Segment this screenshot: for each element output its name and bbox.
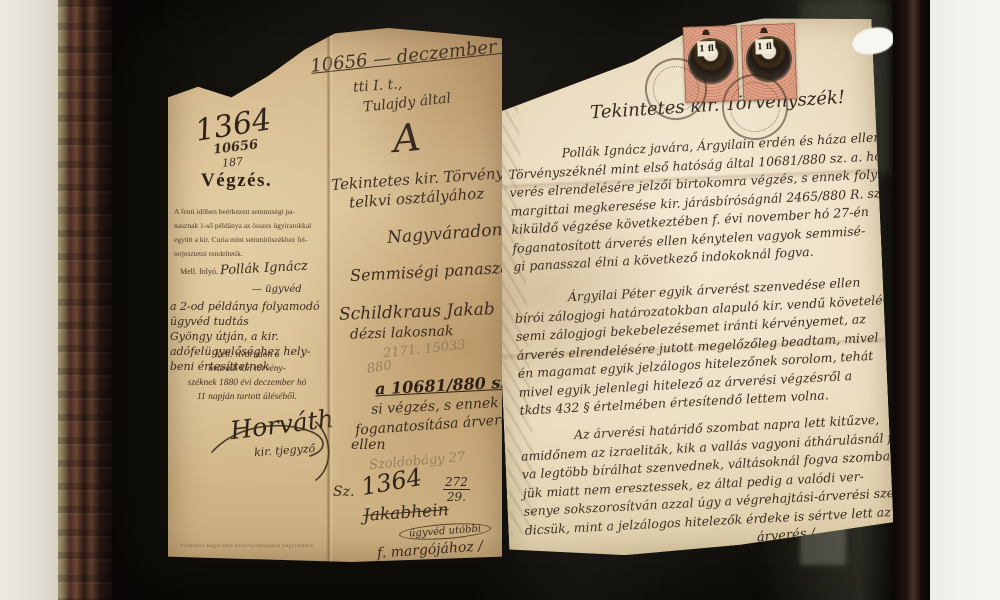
wall-right [930, 0, 1000, 600]
stamp-denomination: 1 fl [697, 41, 716, 57]
petition-paragraph-1: Pollák Ignácz javára, Árgyilain erdén és… [507, 129, 869, 276]
stamp-crest-icon [760, 27, 768, 33]
signature-flourish [208, 406, 348, 486]
stamp-crest-icon [702, 29, 710, 35]
clerk-note-2: Tulajdy által [362, 90, 451, 115]
text-line: A fenti időben beérkezett semmiségi pa- [174, 205, 322, 219]
text-line: Kelt: nváradon a [176, 348, 318, 362]
flourish-initial: A [391, 115, 422, 161]
ruling-heading: Végzés. [201, 170, 272, 192]
party-line-1: Schildkraus Jakab [339, 299, 495, 324]
enclosure-prefix: Mell. folyó. [180, 267, 218, 276]
matter-line-4: ellen [351, 437, 386, 453]
text-line: együtt a kir. Curia mint semmitőszékhez … [174, 233, 322, 247]
dated-at-block: Kelt: nváradon anváradi kir. törvény-szé… [176, 348, 318, 404]
pencil-number-2: 880 [366, 358, 393, 376]
pencil-number-1: 2171. 15033 [382, 338, 466, 362]
registry-fraction: 27229. [443, 476, 470, 503]
attorney-name: Jakabhein [362, 500, 449, 526]
file-year: 187 [221, 155, 243, 170]
party-name-filled: Pollák Ignácz [220, 259, 309, 279]
picture-frame-right-bar [893, 0, 930, 600]
subject-line: Semmiségi panasza [350, 258, 511, 285]
document-left-page: 1364 10656 187 Végzés. A fenti időben be… [168, 28, 502, 562]
presentation-date: 10656 — deczember 5. [309, 34, 520, 77]
picture-frame-left-bar [58, 0, 112, 600]
stamp-denomination: 1 fl [755, 39, 774, 55]
registry-prefix: Sz. [333, 484, 354, 500]
petition-paragraph-3: Az árverési határidő szombat napra lett … [520, 411, 881, 540]
printer-imprint: Nyomatott Hügel Ottó könyvnyomdájában Na… [180, 544, 315, 549]
photo-framed-document: Tekintetes kir. Törvényszék! Pollák Igná… [0, 0, 1000, 600]
wall-left [0, 0, 58, 600]
text-line: 11 napján tartott üléséből. [176, 390, 318, 404]
text-line: széknek 1880 évi deczember hó [176, 376, 318, 390]
clerk-note-1: tti I. t., [353, 76, 403, 95]
printed-ruling-text: A fenti időben beérkezett semmiségi pa-n… [174, 205, 322, 261]
attorney-word: — ügyvéd [252, 284, 302, 295]
place-line: Nagyváradon [386, 220, 503, 248]
middle-column: 10656 — deczember 5. tti I. t., Tulajdy … [303, 38, 503, 562]
fraction-top: 272 [443, 476, 470, 490]
text-line: nasznak 1-ső példánya az összes ügyirato… [174, 219, 322, 233]
text-line: nváradi kir. törvény- [176, 362, 318, 376]
petition-paragraph-2: Árgyilai Péter egyik árverést szenvedése… [514, 273, 876, 420]
